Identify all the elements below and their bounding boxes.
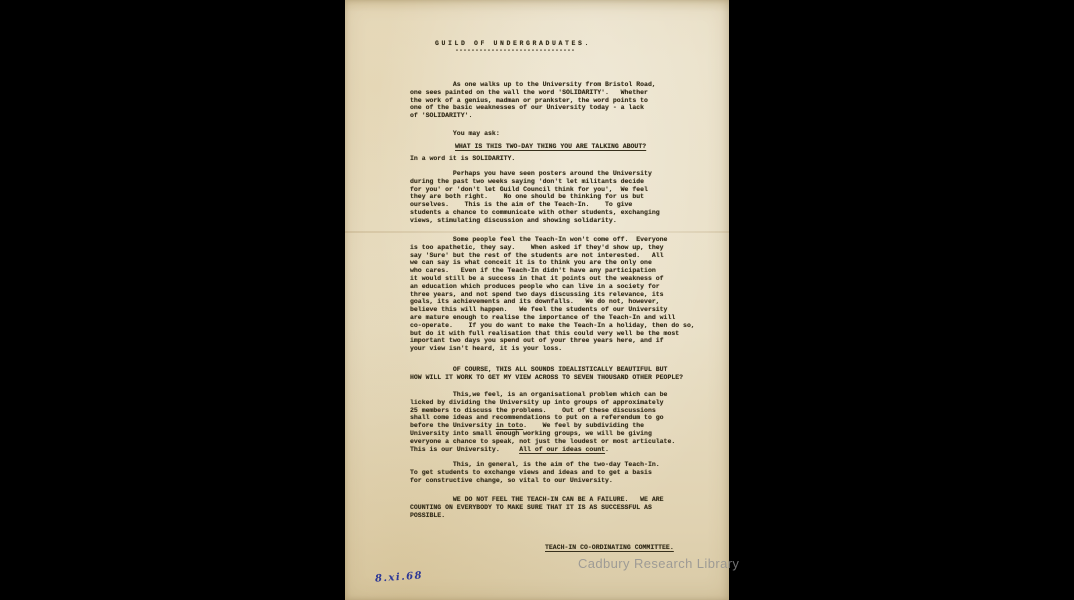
- paper-crease: [345, 231, 729, 233]
- document-page: GUILD OF UNDERGRADUATES. ---------------…: [345, 0, 729, 600]
- paragraph-teach-in: Some people feel the Teach-In won't come…: [410, 236, 695, 353]
- signature-committee: TEACH-IN CO-ORDINATING COMMITTEE.: [545, 544, 674, 552]
- title-underline: ------------------------------: [455, 47, 575, 55]
- paragraph-intro: As one walks up to the University from B…: [410, 81, 656, 120]
- paragraph-failure: WE DO NOT FEEL THE TEACH-IN CAN BE A FAI…: [410, 496, 664, 519]
- paragraph-organisation: This,we feel, is an organisational probl…: [410, 391, 675, 453]
- line-answer: In a word it is SOLIDARITY.: [410, 155, 515, 163]
- paragraph-of-course: OF COURSE, THIS ALL SOUNDS IDEALISTICALL…: [410, 366, 683, 382]
- scan-viewport: GUILD OF UNDERGRADUATES. ---------------…: [0, 0, 1074, 600]
- question-heading: WHAT IS THIS TWO-DAY THING YOU ARE TALKI…: [455, 143, 646, 151]
- paragraph-aim: This, in general, is the aim of the two-…: [410, 461, 660, 484]
- text-run: .: [605, 446, 609, 453]
- paragraph-posters: Perhaps you have seen posters around the…: [410, 170, 660, 225]
- underlined-in-toto: in toto: [496, 422, 523, 429]
- handwritten-date: 8.xi.68: [375, 570, 424, 584]
- library-watermark: Cadbury Research Library: [578, 556, 739, 571]
- underlined-ideas-count: All of our ideas count: [519, 446, 605, 453]
- line-you-may-ask: You may ask:: [410, 130, 500, 138]
